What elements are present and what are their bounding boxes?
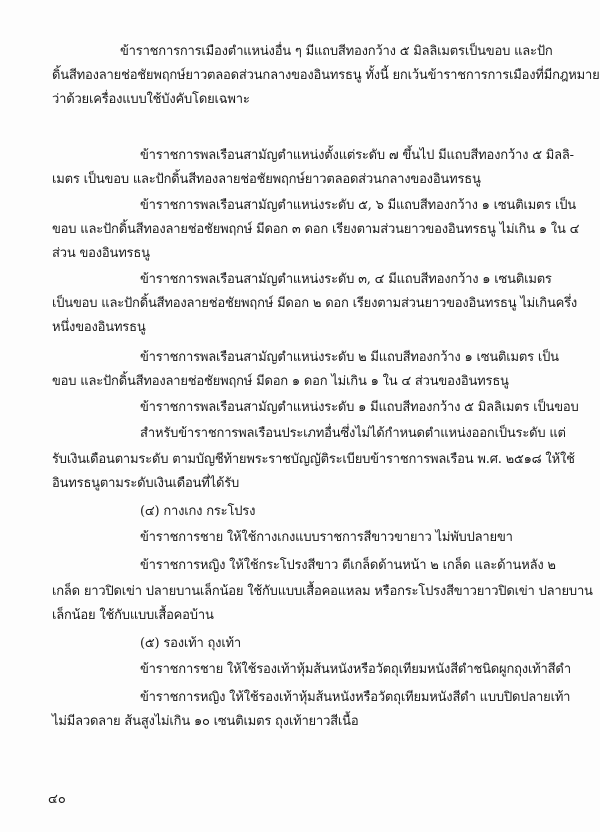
text-line: ส่วน ของอินทรธนู [52,246,150,262]
text-line: ข้าราชการพลเรือนสามัญตำแหน่งตั้งแต่ระดับ… [140,148,574,164]
text-line: เมตร เป็นขอบ และปักดิ้นสีทองลายช่อชัยพฤก… [52,172,481,188]
text-line: ว่าด้วยเครื่องแบบใช้บังคับโดยเฉพาะ [52,92,250,108]
text-line: ข้าราชการชาย ให้ใช้รองเท้าหุ้มส้นหนังหรื… [140,662,571,678]
section-heading: (๔) กางเกง กระโปรง [140,504,255,520]
text-line: ข้าราชการชาย ให้ใช้กางเกงแบบราชการสีขาวข… [140,530,513,546]
text-line: ไม่มีลวดลาย ส้นสูงไม่เกิน ๑๐ เซนติเมตร ถ… [52,714,358,730]
document-page: ข้าราชการการเมืองตำแหน่งอื่น ๆ มีแถบสีทอ… [0,0,600,832]
text-line: ขอบ และปักดิ้นสีทองลายช่อชัยพฤกษ์ มีดอก … [52,222,579,238]
text-line: ข้าราชการหญิง ให้ใช้กระโปรงสีขาว ตีเกล็ด… [140,558,556,574]
text-line: ข้าราชการหญิง ให้ใช้รองเท้าหุ้มส้นหนังหร… [140,690,570,706]
page-number: ๔๐ [48,788,66,809]
text-line: ข้าราชการพลเรือนสามัญตำแหน่งระดับ ๒ มีแถ… [140,350,559,366]
text-line: เล็กน้อย ใช้กับแบบเสื้อคอบ้าน [52,608,214,624]
text-line: อินทรธนูตามระดับเงินเดือนที่ได้รับ [52,476,239,492]
text-line: สำหรับข้าราชการพลเรือนประเภทอื่นซึ่งไม่ไ… [140,426,566,442]
text-line: ข้าราชการการเมืองตำแหน่งอื่น ๆ มีแถบสีทอ… [120,44,558,60]
text-line: ดิ้นสีทองลายช่อชัยพฤกษ์ยาวตลอดส่วนกลางขอ… [52,68,558,84]
text-line: เกล็ด ยาวปิดเข่า ปลายบานเล็กน้อย ใช้กับแ… [52,584,593,600]
text-line: ข้าราชการพลเรือนสามัญตำแหน่งระดับ ๕, ๖ ม… [140,198,576,214]
text-line: ขอบ และปักดิ้นสีทองลายช่อชัยพฤกษ์ มีดอก … [52,374,509,390]
text-line: เป็นขอบ และปักดิ้นสีทองลายช่อชัยพฤกษ์ มี… [52,296,577,312]
text-line: หนึ่งของอินทรธนู [52,320,146,336]
text-line: รับเงินเดือนตามระดับ ตามบัญชีท้ายพระราชบ… [52,452,575,468]
text-line: ข้าราชการพลเรือนสามัญตำแหน่งระดับ ๓, ๔ ม… [140,272,552,288]
section-heading: (๕) รองเท้า ถุงเท้า [140,636,241,652]
text-line: ข้าราชการพลเรือนสามัญตำแหน่งระดับ ๑ มีแถ… [140,400,579,416]
